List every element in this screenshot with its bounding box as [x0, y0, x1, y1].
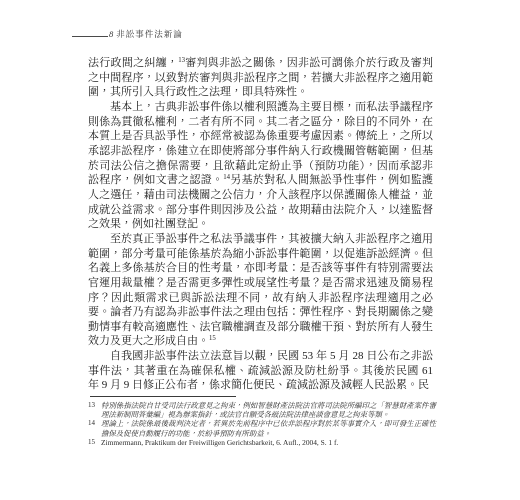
footnote-text: 理論上，法院係最後裁判決定者，若異於先前程序中已依非訟程序對於某等事實介入，即可… [101, 419, 436, 437]
footnote-number: 13 [88, 401, 95, 410]
body-text: 法行政間之糾纏，13審判與非訟之關係，因非訟可謂係介於行政及審判之中間程序，以致… [88, 56, 433, 393]
running-header: 8 非訟事件法新論 [72, 28, 183, 40]
footnote-text: 特別係指法院自甘受司法行政意見之拘束，例如智慧財產法院法官將司法院所編印之「智慧… [101, 401, 436, 419]
book-page: 8 非訟事件法新論 法行政間之糾纏，13審判與非訟之關係，因非訟可謂係介於行政及… [0, 0, 520, 500]
footnote-text: Zimmermann, Praktikum der Freiwilligen G… [101, 438, 338, 447]
paragraph: 基本上，古典非訟事件係以權利照護為主要目標，而私法爭議程序則係為貫徹私權利，二者… [88, 100, 433, 232]
paragraph: 至於真正爭訟事件之私法爭議事件，其被擴大納入非訟程序之適用範圍，部分考量可能係基… [88, 232, 433, 349]
footnote-number: 15 [88, 438, 95, 447]
header-rule [72, 28, 108, 37]
footnote-list: 13特別係指法院自甘受司法行政意見之拘束，例如智慧財產法院法官將司法院所編印之「… [88, 401, 436, 447]
footnote-block: 13特別係指法院自甘受司法行政意見之拘束，例如智慧財產法院法官將司法院所編印之「… [88, 396, 436, 447]
footnote-ref: 13 [178, 57, 185, 64]
paragraph: 法行政間之糾纏，13審判與非訟之關係，因非訟可謂係介於行政及審判之中間程序，以致… [88, 56, 433, 100]
page-number: 8 [109, 29, 113, 39]
footnote-item: 15Zimmermann, Praktikum der Freiwilligen… [88, 438, 436, 447]
footnote-item: 13特別係指法院自甘受司法行政意見之拘束，例如智慧財產法院法官將司法院所編印之「… [88, 401, 436, 419]
footnote-item: 14理論上，法院係最後裁判決定者，若異於先前程序中已依非訟程序對於某等事實介入，… [88, 419, 436, 437]
footnote-separator [90, 396, 236, 397]
book-title: 非訟事件法新論 [116, 28, 183, 40]
footnote-number: 14 [88, 419, 95, 428]
footnote-ref: 14 [223, 174, 230, 181]
paragraph: 自我國非訟事件法立法意旨以觀，民國 53 年 5 月 28 日公布之非訟事件法，… [88, 349, 433, 393]
footnote-ref: 15 [209, 335, 216, 342]
